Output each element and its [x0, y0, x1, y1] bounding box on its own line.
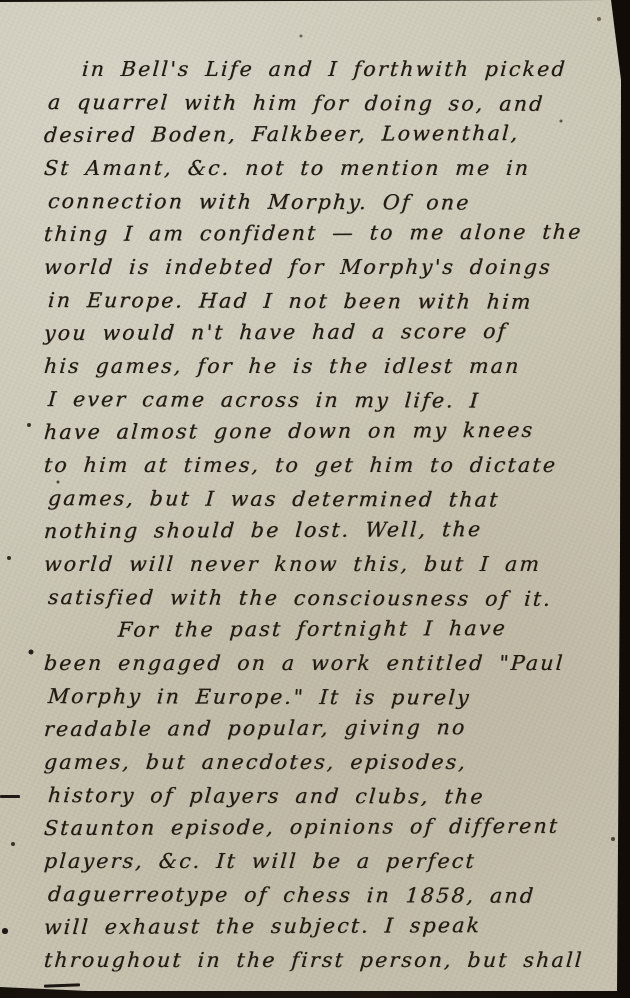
manuscript-line: games, but I was determined that [43, 481, 607, 516]
manuscript-line: daguerreotype of chess in 1858, and [43, 877, 607, 912]
manuscript-line: his games, for he is the idlest man [43, 349, 607, 382]
manuscript-line: For the past fortnight I have [43, 611, 607, 646]
manuscript-line: you would n't have had a score of [43, 314, 607, 349]
manuscript-line: Morphy in Europe." It is purely [43, 679, 607, 714]
manuscript-line: been engaged on a work entitled "Paul [43, 646, 607, 679]
manuscript-line: to him at times, to get him to dictate [43, 448, 607, 481]
manuscript-line: in Europe. Had I not been with him [43, 283, 607, 318]
manuscript-line: games, but anecdotes, episodes, [43, 745, 607, 778]
manuscript-line: throughout in the first person, but shal… [43, 943, 607, 976]
manuscript-line: readable and popular, giving no [43, 710, 607, 745]
ink-smudge [0, 795, 20, 798]
manuscript-line: nothing should be lost. Well, the [43, 512, 607, 547]
paper-specks [0, 0, 2, 2]
ink-smudge [44, 983, 80, 987]
manuscript-line: satisfied with the consciousness of it. [43, 580, 607, 615]
manuscript-line: have almost gone down on my knees [43, 413, 607, 448]
manuscript-line: world is indebted for Morphy's doings [43, 250, 607, 283]
manuscript-line: St Amant, &c. not to mention me in [43, 151, 607, 184]
handwritten-text-block: in Bell's Life and I forthwith picked a … [44, 52, 606, 976]
manuscript-line: world will never know this, but I am [43, 547, 607, 580]
paper-sheet: in Bell's Life and I forthwith picked a … [0, 0, 630, 998]
manuscript-line: players, &c. It will be a perfect [43, 844, 607, 877]
manuscript-line: Staunton episode, opinions of different [43, 809, 607, 844]
manuscript-line: will exhaust the subject. I speak [43, 908, 607, 943]
manuscript-line: a quarrel with him for doing so, and [43, 85, 607, 120]
manuscript-line: connection with Morphy. Of one [43, 184, 607, 219]
manuscript-line: desired Boden, Falkbeer, Lowenthal, [43, 116, 607, 151]
manuscript-line: I ever came across in my life. I [43, 382, 607, 417]
manuscript-line: thing I am confident — to me alone the [43, 215, 607, 250]
scanned-letter-page: in Bell's Life and I forthwith picked a … [0, 0, 630, 998]
manuscript-line: in Bell's Life and I forthwith picked [43, 52, 607, 85]
manuscript-line: history of players and clubs, the [43, 778, 607, 813]
